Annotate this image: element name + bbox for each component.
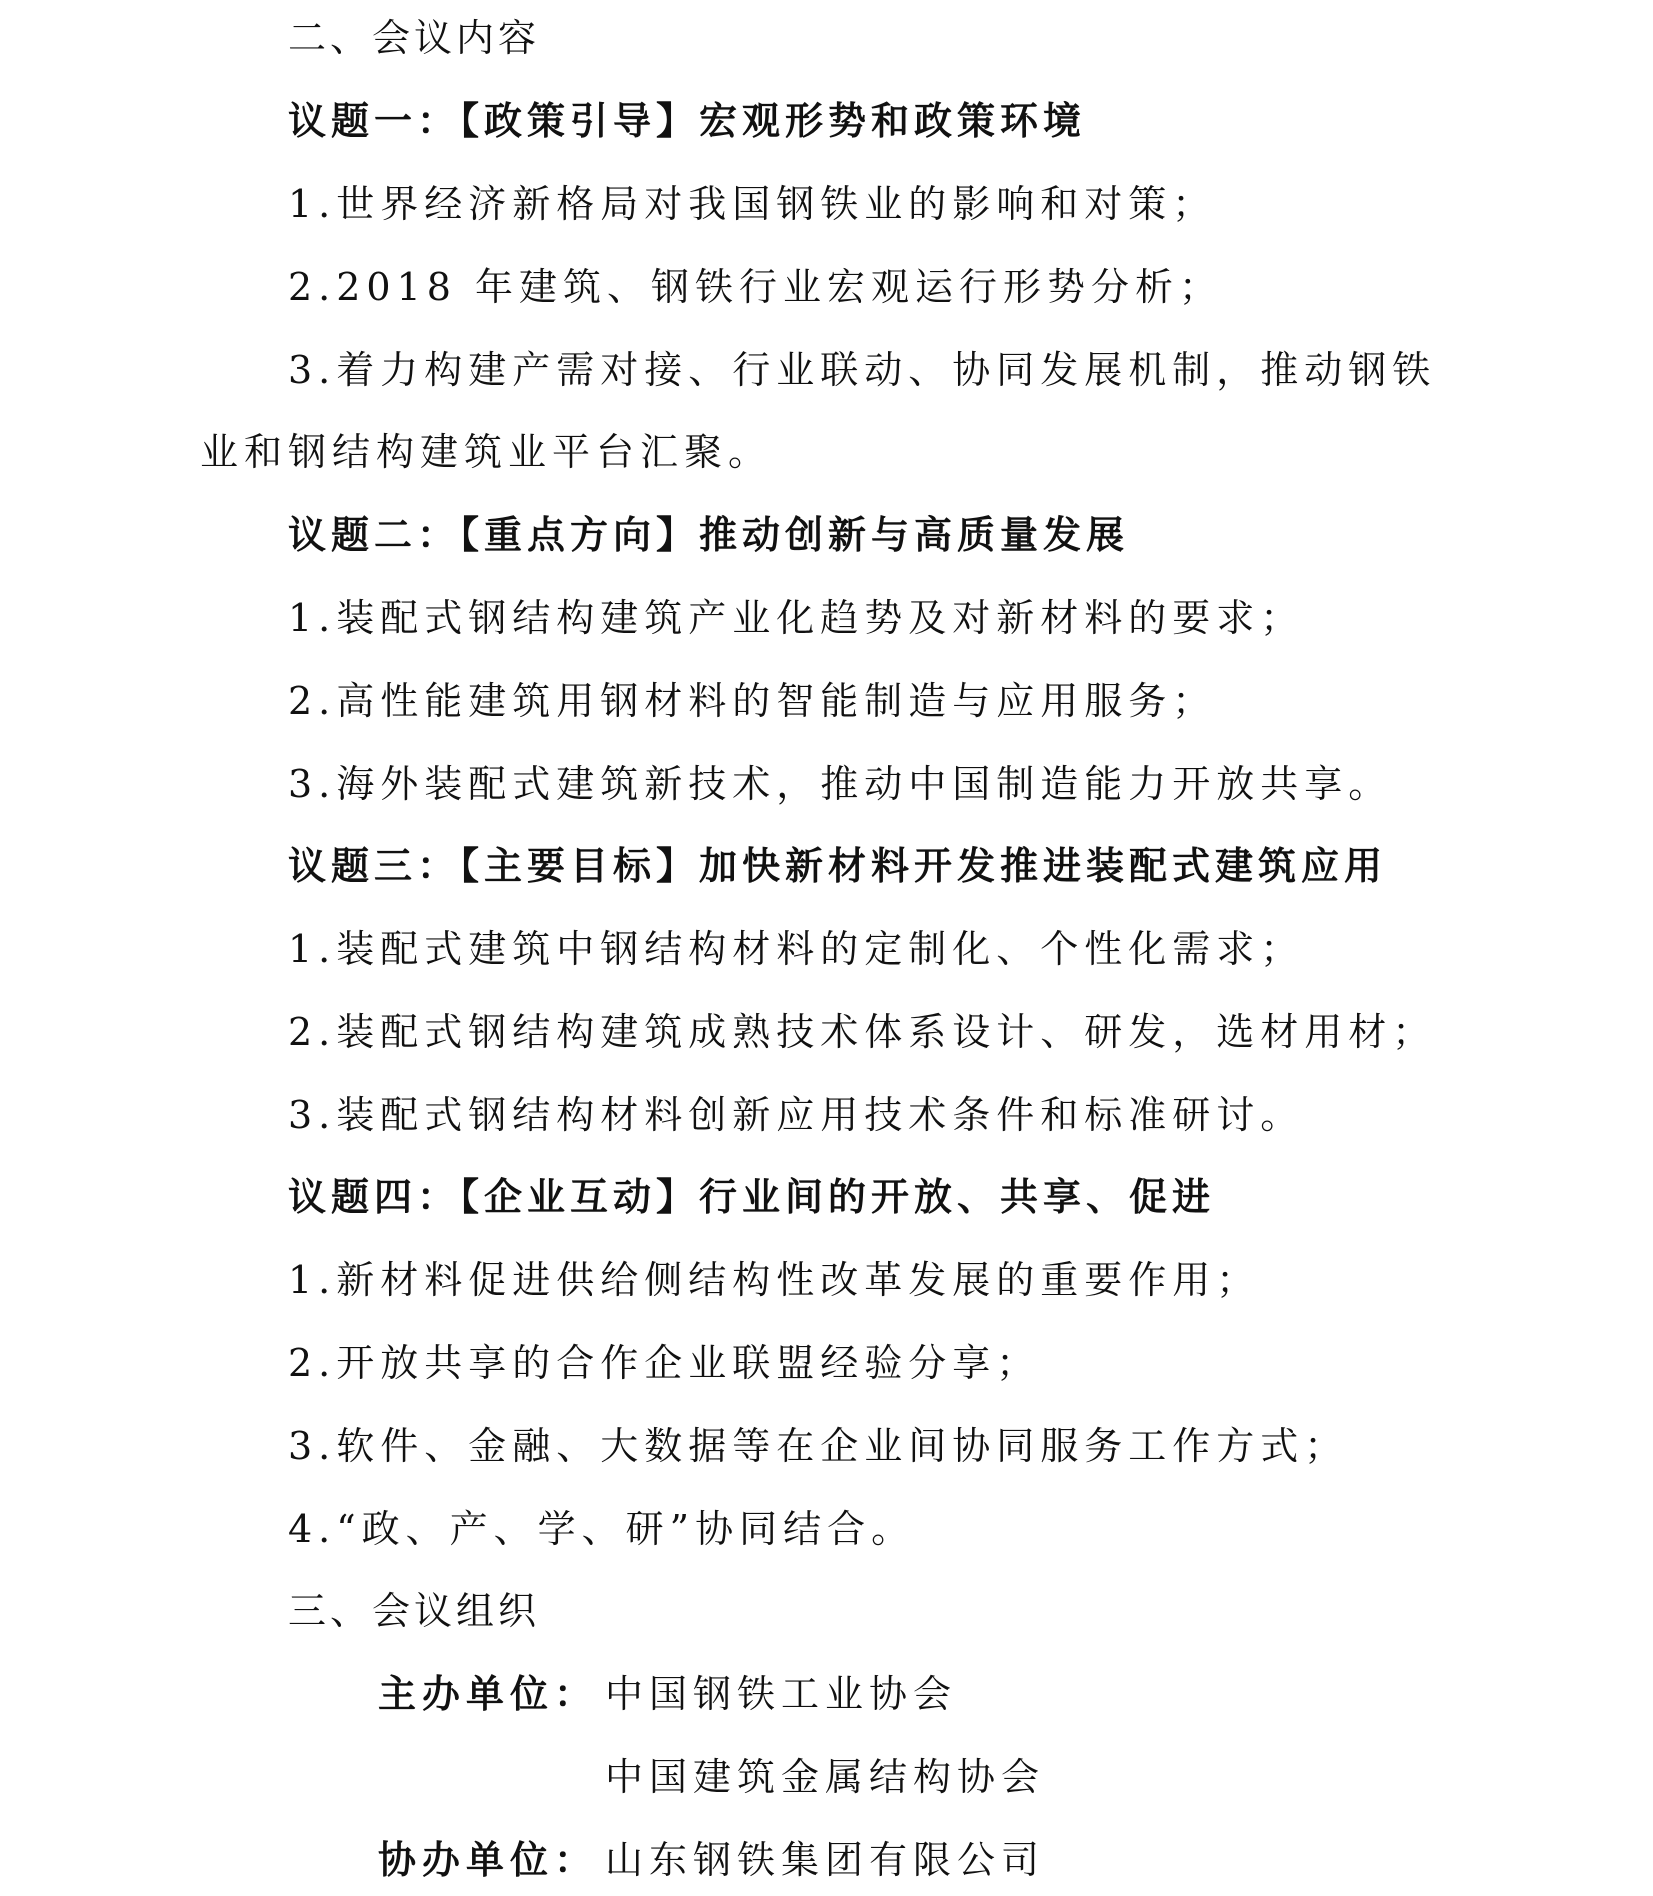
topic-1-item-2: 2.2018 年建筑、钢铁行业宏观运行形势分析； (288, 263, 1223, 311)
co-host-label: 协办单位： (378, 1836, 598, 1884)
topic-2-title: 议题二：【重点方向】推动创新与高质量发展 (288, 511, 1129, 559)
section-heading-content: 二、会议内容 (288, 14, 540, 62)
host-row-2: 中国建筑金属结构协会 (0, 1753, 1653, 1801)
topic-4-item-1: 1.新材料促进供给侧结构性改革发展的重要作用； (288, 1256, 1260, 1304)
topic-4-item-4: 4.“政、产、学、研”协同结合。 (288, 1505, 915, 1553)
co-host-row: 协办单位： 山东钢铁集团有限公司 (0, 1836, 1653, 1884)
host-row-1: 主办单位： 中国钢铁工业协会 (0, 1670, 1653, 1718)
topic-1-item-3-continued: 业和钢结构建筑业平台汇聚。 (200, 428, 772, 476)
topic-4-title: 议题四：【企业互动】行业间的开放、共享、促进 (288, 1173, 1215, 1221)
topic-3-title: 议题三：【主要目标】加快新材料开发推进装配式建筑应用 (288, 842, 1387, 890)
topic-1-item-1: 1.世界经济新格局对我国钢铁业的影响和对策； (288, 180, 1216, 228)
topic-1-item-3: 3.着力构建产需对接、行业联动、协同发展机制，推动钢铁 (288, 346, 1436, 394)
section-heading-organization: 三、会议组织 (288, 1587, 540, 1635)
topic-3-item-2: 2.装配式钢结构建筑成熟技术体系设计、研发，选材用材； (288, 1008, 1436, 1056)
topic-3-item-3: 3.装配式钢结构材料创新应用技术条件和标准研讨。 (288, 1091, 1304, 1139)
document-page: 二、会议内容 议题一：【政策引导】宏观形势和政策环境 1.世界经济新格局对我国钢… (0, 0, 1653, 1896)
topic-4-item-3: 3.软件、金融、大数据等在企业间协同服务工作方式； (288, 1422, 1348, 1470)
topic-2-item-1: 1.装配式钢结构建筑产业化趋势及对新材料的要求； (288, 594, 1304, 642)
topic-2-item-2: 2.高性能建筑用钢材料的智能制造与应用服务； (288, 677, 1216, 725)
host-value-1: 中国钢铁工业协会 (605, 1670, 957, 1718)
topic-1-title: 议题一：【政策引导】宏观形势和政策环境 (288, 97, 1086, 145)
topic-2-item-3: 3.海外装配式建筑新技术，推动中国制造能力开放共享。 (288, 760, 1392, 808)
host-value-2: 中国建筑金属结构协会 (605, 1753, 1045, 1801)
host-label: 主办单位： (378, 1670, 598, 1718)
topic-3-item-1: 1.装配式建筑中钢结构材料的定制化、个性化需求； (288, 925, 1304, 973)
co-host-value-1: 山东钢铁集团有限公司 (605, 1836, 1045, 1884)
topic-4-item-2: 2.开放共享的合作企业联盟经验分享； (288, 1339, 1040, 1387)
